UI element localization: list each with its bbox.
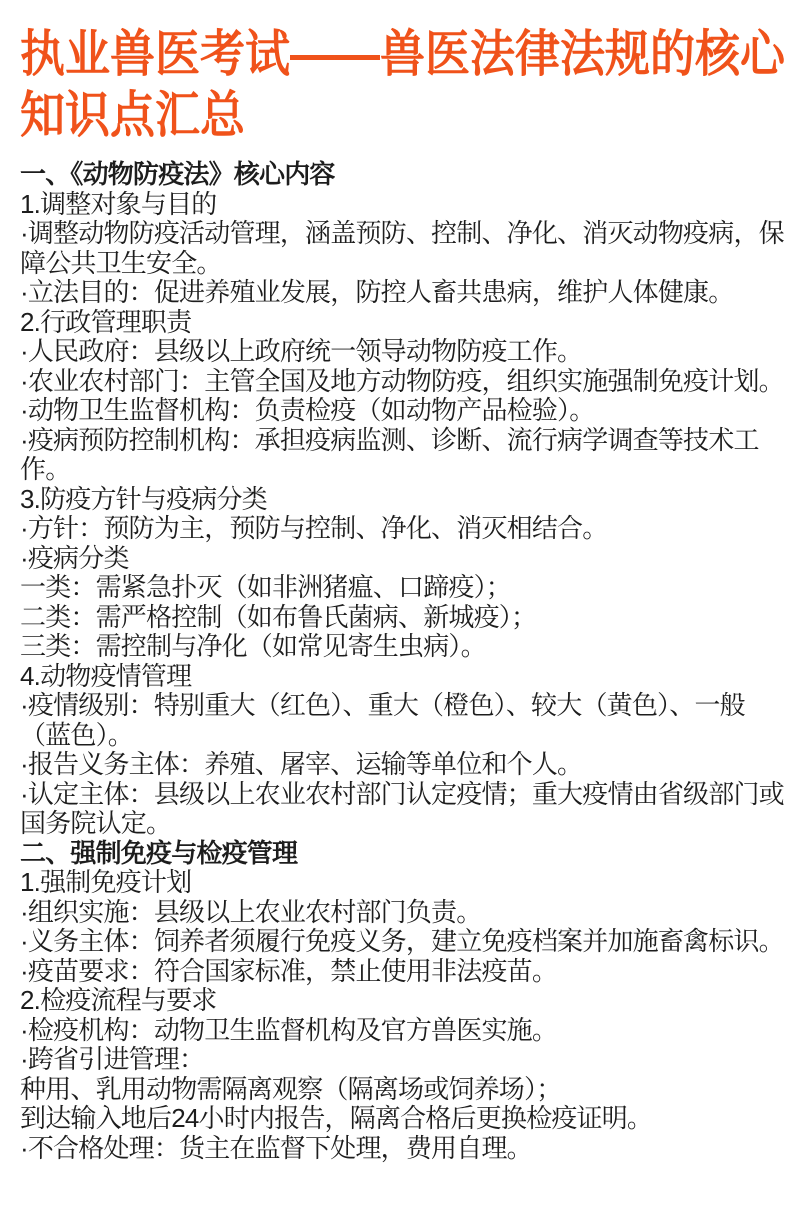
page-title-line-1: 执业兽医考试——兽医法律法规的核心 <box>20 24 711 85</box>
section-header: 一、《动物防疫法》核心内容 <box>20 160 788 190</box>
text-line: 作。 <box>20 455 788 485</box>
text-line: ·疫病分类 <box>20 544 788 574</box>
text-line: 1.强制免疫计划 <box>20 868 788 898</box>
text-line: 种用、乳用动物需隔离观察（隔离场或饲养场）； <box>20 1075 788 1105</box>
text-line: ·调整动物防疫活动管理，涵盖预防、控制、净化、消灭动物疫病，保 <box>20 219 788 249</box>
text-line: 国务院认定。 <box>20 809 788 839</box>
text-line: ·组织实施：县级以上农业农村部门负责。 <box>20 898 788 928</box>
page-title: 执业兽医考试——兽医法律法规的核心 知识点汇总 <box>20 24 711 146</box>
content: 一、《动物防疫法》核心内容1.调整对象与目的·调整动物防疫活动管理，涵盖预防、控… <box>20 160 788 1163</box>
text-line: ·报告义务主体：养殖、屠宰、运输等单位和个人。 <box>20 750 788 780</box>
text-line: （蓝色）。 <box>20 721 788 751</box>
text-line: ·不合格处理：货主在监督下处理，费用自理。 <box>20 1134 788 1164</box>
text-line: ·义务主体：饲养者须履行免疫义务，建立免疫档案并加施畜禽标识。 <box>20 927 788 957</box>
text-line: ·方针：预防为主，预防与控制、净化、消灭相结合。 <box>20 514 788 544</box>
text-line: ·动物卫生监督机构：负责检疫（如动物产品检验）。 <box>20 396 788 426</box>
text-line: ·认定主体：县级以上农业农村部门认定疫情；重大疫情由省级部门或 <box>20 780 788 810</box>
knowledge-card: 执业兽医考试——兽医法律法规的核心 知识点汇总 一、《动物防疫法》核心内容1.调… <box>0 0 800 1214</box>
page-title-line-2: 知识点汇总 <box>20 85 711 146</box>
text-line: 2.检疫流程与要求 <box>20 986 788 1016</box>
text-line: 一类：需紧急扑灭（如非洲猪瘟、口蹄疫）； <box>20 573 788 603</box>
text-line: 3.防疫方针与疫病分类 <box>20 485 788 515</box>
section-header: 二、强制免疫与检疫管理 <box>20 839 788 869</box>
text-line: ·农业农村部门：主管全国及地方动物防疫，组织实施强制免疫计划。 <box>20 367 788 397</box>
text-line: ·跨省引进管理： <box>20 1045 788 1075</box>
text-line: ·检疫机构：动物卫生监督机构及官方兽医实施。 <box>20 1016 788 1046</box>
text-line: ·疫病预防控制机构：承担疫病监测、诊断、流行病学调查等技术工 <box>20 426 788 456</box>
text-line: 4.动物疫情管理 <box>20 662 788 692</box>
text-line: 障公共卫生安全。 <box>20 249 788 279</box>
text-line: ·疫情级别：特别重大（红色）、重大（橙色）、较大（黄色）、一般 <box>20 691 788 721</box>
text-line: 三类：需控制与净化（如常见寄生虫病）。 <box>20 632 788 662</box>
text-line: 2.行政管理职责 <box>20 308 788 338</box>
text-line: 到达输入地后24小时内报告，隔离合格后更换检疫证明。 <box>20 1104 788 1134</box>
text-line: 1.调整对象与目的 <box>20 190 788 220</box>
text-line: ·人民政府：县级以上政府统一领导动物防疫工作。 <box>20 337 788 367</box>
text-line: 二类：需严格控制（如布鲁氏菌病、新城疫）； <box>20 603 788 633</box>
text-line: ·立法目的：促进养殖业发展，防控人畜共患病，维护人体健康。 <box>20 278 788 308</box>
text-line: ·疫苗要求：符合国家标准，禁止使用非法疫苗。 <box>20 957 788 987</box>
